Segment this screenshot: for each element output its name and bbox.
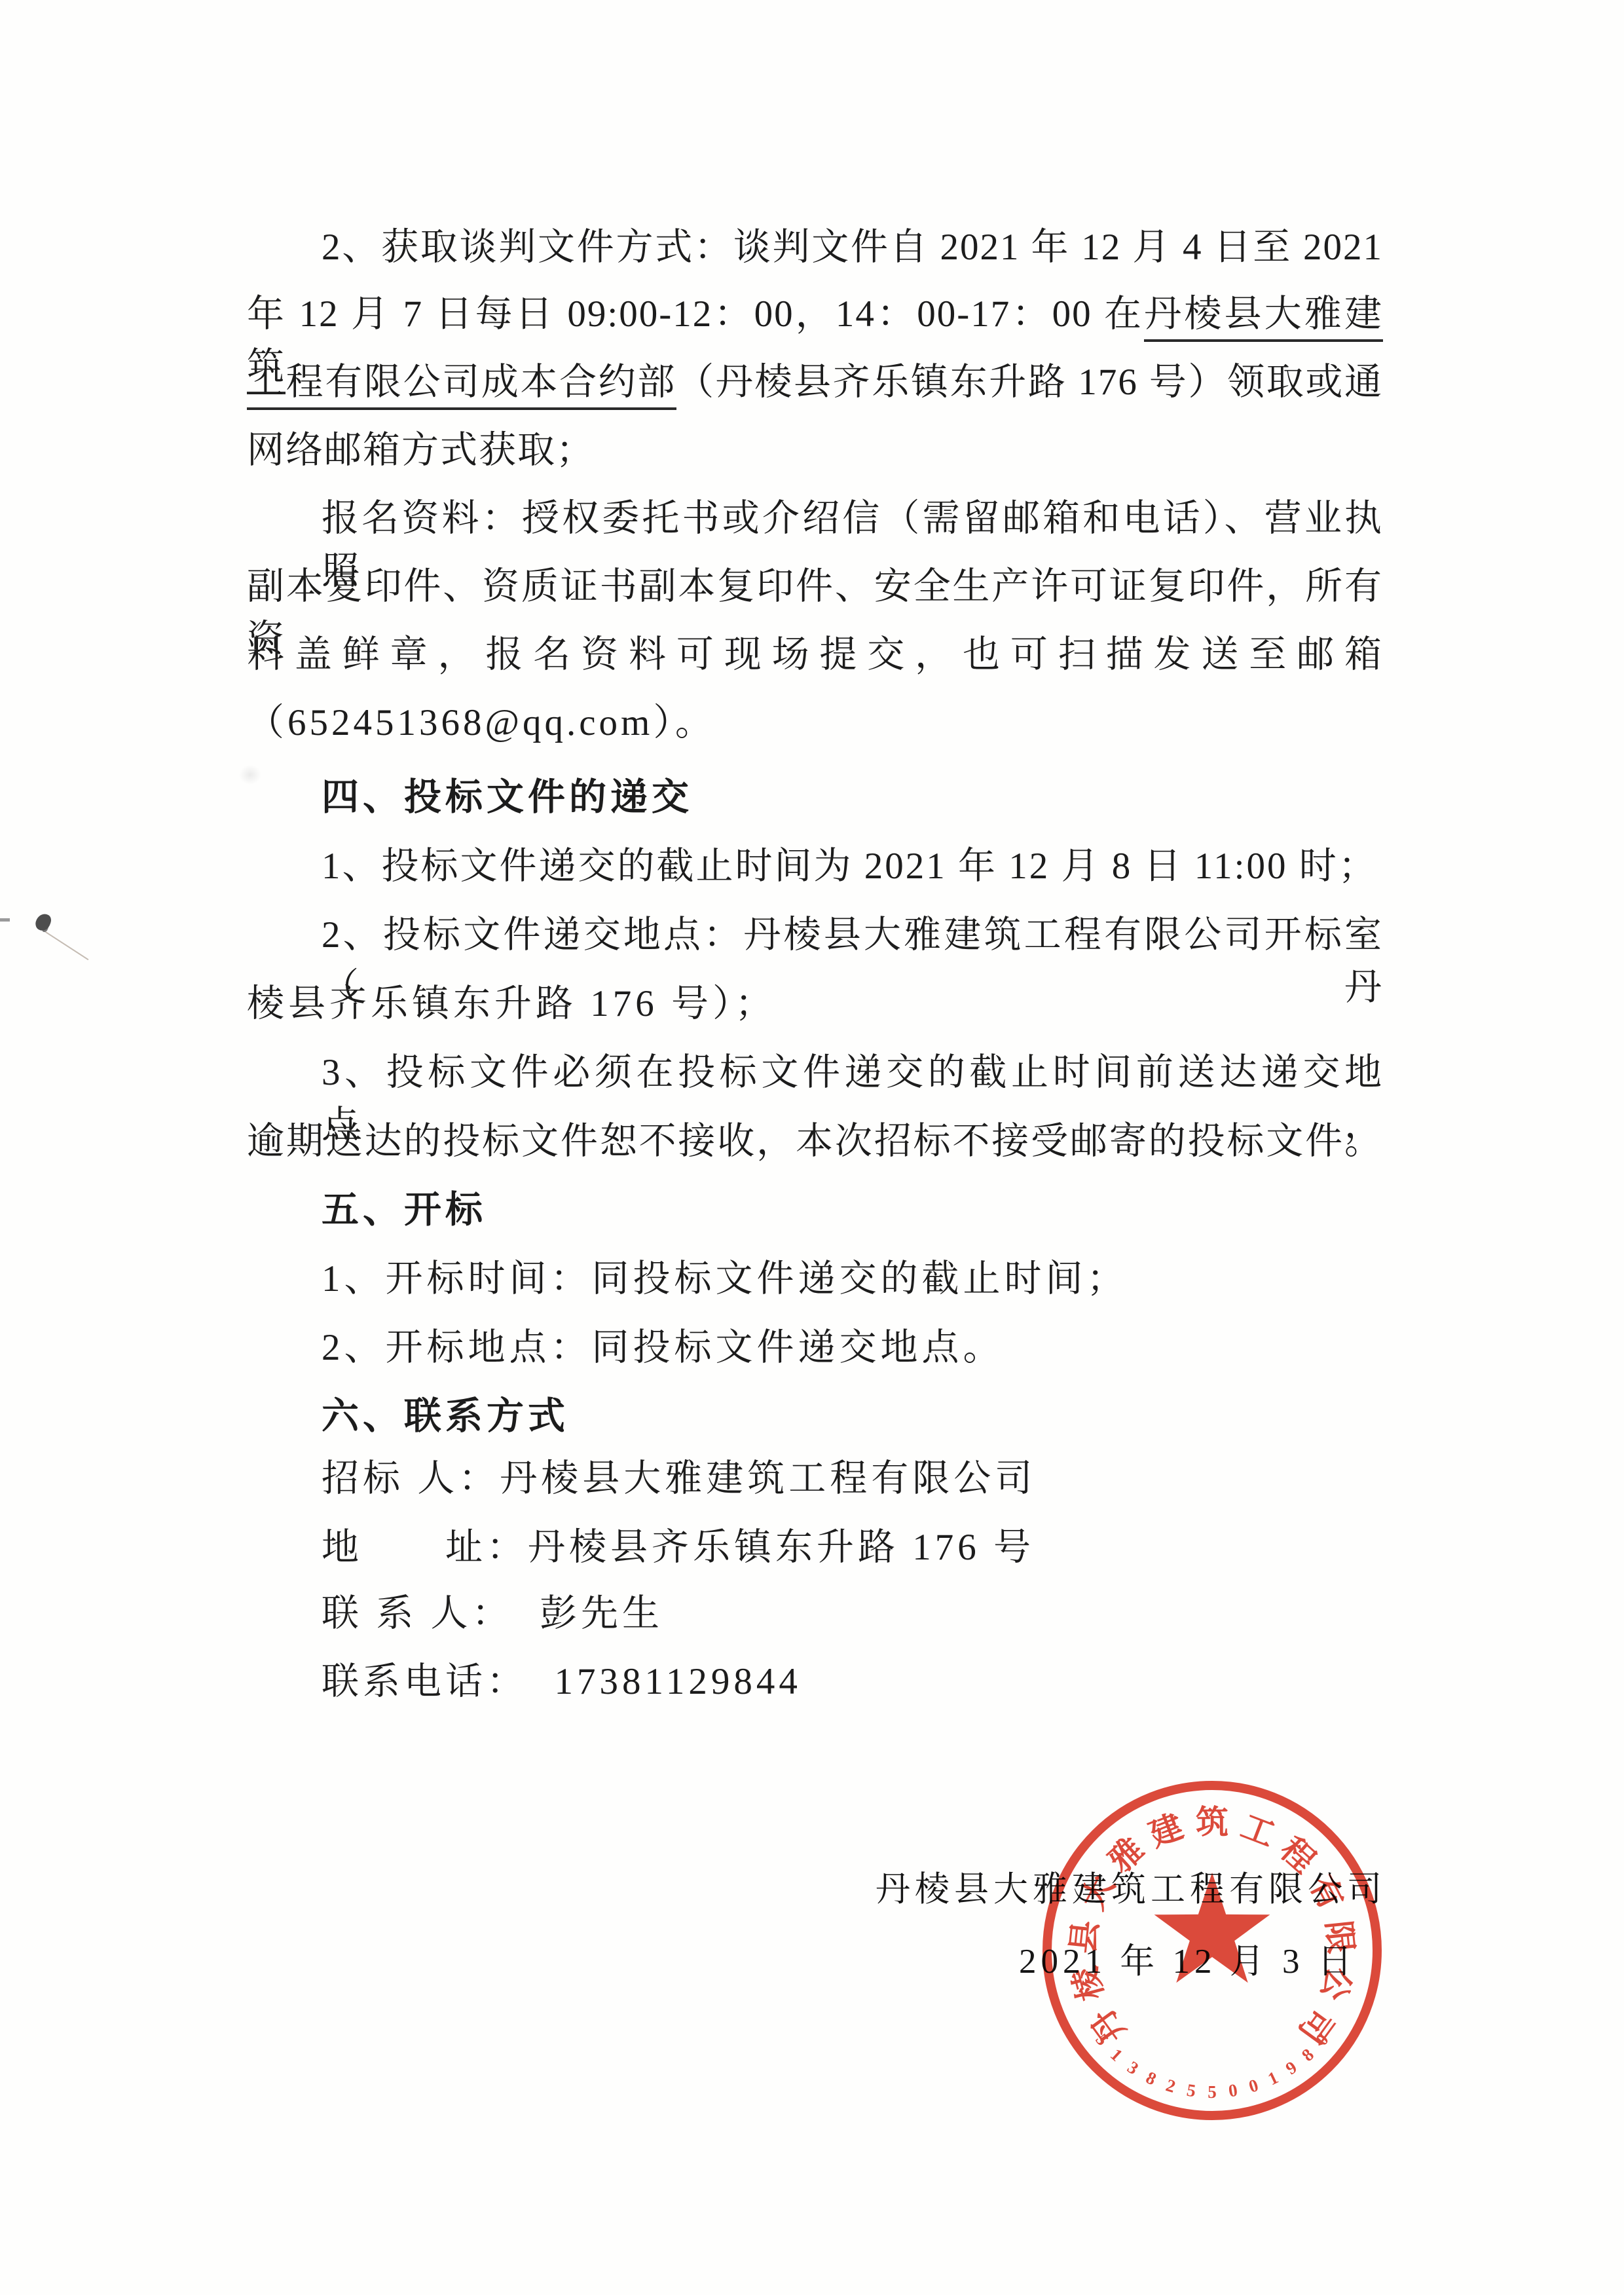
svg-text:建: 建	[1144, 1808, 1188, 1854]
svg-text:程: 程	[1274, 1831, 1323, 1880]
text-segment: 六、联系方式	[322, 1396, 569, 1437]
svg-text:5: 5	[1208, 2082, 1217, 2102]
svg-text:有: 有	[1302, 1869, 1350, 1915]
svg-text:司: 司	[1291, 2002, 1340, 2050]
svg-text:限: 限	[1319, 1919, 1359, 1956]
svg-text:丹: 丹	[1084, 2002, 1133, 2050]
scan-smudge	[239, 765, 261, 785]
text-line: 工程有限公司成本合约部（丹棱县齐乐镇东升路 176 号）领取或通	[247, 356, 1383, 409]
text-segment: 招标 人：丹棱县大雅建筑工程有限公司	[322, 1458, 1036, 1499]
scanned-document-page: 2、获取谈判文件方式：谈判文件自 2021 年 12 月 4 日至 2021年 …	[0, 0, 1624, 2295]
text-segment: 五、开标	[322, 1189, 487, 1231]
svg-text:工: 工	[1236, 1808, 1280, 1854]
text-segment: 1、开标时间：同投标文件递交的截止时间；	[322, 1258, 1128, 1299]
text-line: 地 址：丹棱县齐乐镇东升路 176 号	[247, 1521, 1035, 1574]
text-line: 联 系 人： 彭先生	[247, 1588, 663, 1640]
stamp-star-icon	[1154, 1873, 1270, 1983]
text-segment: 联 系 人： 彭先生	[322, 1593, 663, 1634]
text-segment: 棱县齐乐镇东升路 176 号）；	[247, 983, 777, 1024]
text-line: 1、开标时间：同投标文件递交的截止时间；	[247, 1253, 1128, 1305]
svg-text:1: 1	[1264, 2068, 1281, 2089]
text-segment: （丹棱县齐乐镇东升路 176 号）领取或通	[676, 362, 1383, 403]
svg-text:县: 县	[1065, 1919, 1105, 1956]
text-line: （652451368@qq.com）。	[247, 697, 716, 749]
svg-text:雅: 雅	[1102, 1831, 1151, 1880]
text-line: 2、获取谈判文件方式：谈判文件自 2021 年 12 月 4 日至 2021	[247, 221, 1383, 274]
svg-text:棱: 棱	[1066, 1963, 1110, 2004]
text-segment: 逾期送达的投标文件恕不接收，本次招标不接受邮寄的投标文件。	[247, 1121, 1383, 1162]
company-seal-stamp: 丹棱县大雅建筑工程有限公司 5138255001980	[1031, 1770, 1393, 2131]
text-segment: 年 12 月 7 日每日 09:00-12：00，14：00-17：00 在	[247, 293, 1144, 335]
svg-text:8: 8	[1143, 2068, 1159, 2089]
svg-text:8: 8	[1298, 2045, 1318, 2065]
text-segment: 地 址：丹棱县齐乐镇东升路 176 号	[322, 1527, 1035, 1568]
text-segment: 2、开标地点：同投标文件递交地点。	[322, 1327, 1005, 1368]
svg-text:大: 大	[1074, 1869, 1122, 1915]
svg-text:9: 9	[1282, 2057, 1301, 2078]
text-line: 2、开标地点：同投标文件递交地点。	[247, 1322, 1005, 1374]
text-segment: 1、投标文件递交的截止时间为 2021 年 12 月 8 日 11:00 时；	[322, 846, 1378, 887]
ink-blot-artifact	[34, 912, 53, 933]
text-line: 四、投标文件的递交	[247, 772, 693, 824]
svg-text:2: 2	[1164, 2075, 1178, 2097]
text-line: 1、投标文件递交的截止时间为 2021 年 12 月 8 日 11:00 时；	[247, 840, 1378, 893]
text-line: 棱县齐乐镇东升路 176 号）；	[247, 978, 777, 1030]
text-segment: 网络邮箱方式获取；	[247, 430, 595, 471]
svg-text:公: 公	[1314, 1963, 1358, 2004]
text-segment: 2、获取谈判文件方式：谈判文件自 2021 年 12 月 4 日至 2021	[322, 227, 1383, 268]
svg-text:筑: 筑	[1196, 1804, 1228, 1840]
text-segment: （652451368@qq.com）。	[247, 702, 716, 743]
text-line: 料盖鲜章，报名资料可现场提交，也可扫描发送至邮箱	[247, 629, 1383, 681]
svg-text:3: 3	[1124, 2057, 1142, 2078]
text-line: 六、联系方式	[247, 1390, 569, 1443]
text-segment: 料盖鲜章，报名资料可现场提交，也可扫描发送至邮箱	[247, 634, 1383, 675]
scratch-artifact	[45, 931, 89, 960]
text-segment: 四、投标文件的递交	[322, 777, 693, 818]
svg-text:0: 0	[1246, 2075, 1261, 2097]
text-line: 联系电话： 17381129844	[247, 1656, 802, 1708]
text-line: 网络邮箱方式获取；	[247, 424, 595, 477]
text-segment: 联系电话： 17381129844	[322, 1661, 802, 1702]
text-line: 招标 人：丹棱县大雅建筑工程有限公司	[247, 1453, 1036, 1505]
svg-text:0: 0	[1227, 2080, 1239, 2101]
text-line: 逾期送达的投标文件恕不接收，本次招标不接受邮寄的投标文件。	[247, 1115, 1383, 1168]
underlined-text: 工程有限公司成本合约部	[247, 362, 676, 410]
text-line: 五、开标	[247, 1184, 487, 1237]
svg-text:5: 5	[1185, 2080, 1197, 2101]
svg-text:1: 1	[1107, 2045, 1126, 2065]
edge-mark-artifact	[0, 918, 10, 922]
